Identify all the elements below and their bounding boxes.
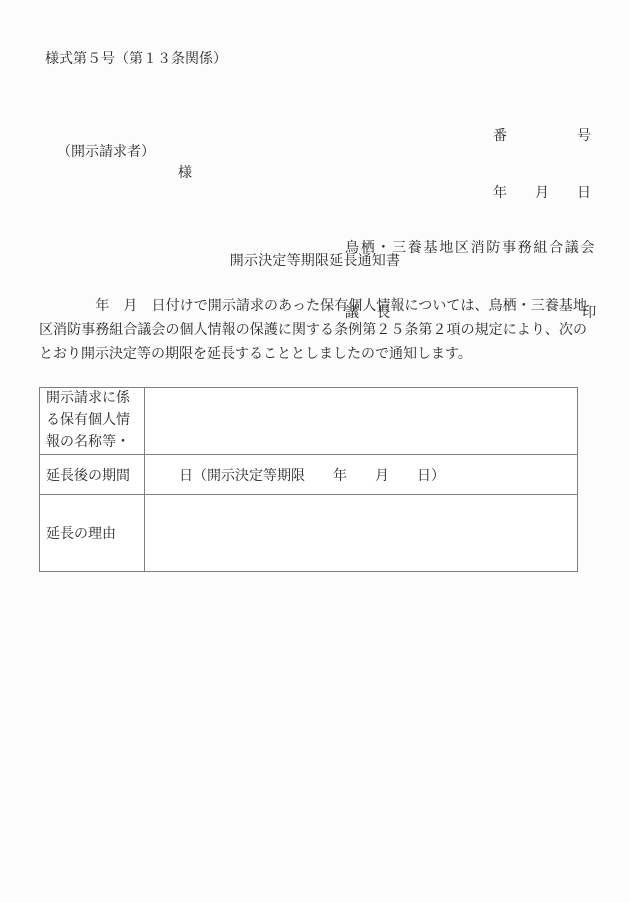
row-label-cell: 延長の理由 <box>40 495 145 572</box>
row-value-cell <box>145 495 578 572</box>
table-row: 延長の理由 <box>40 495 578 572</box>
row-value-cell: 日（開示決定等期限 年 月 日） <box>145 455 578 495</box>
document-title: 開示決定等期限延長通知書 <box>0 252 630 271</box>
row-value-cell <box>145 388 578 455</box>
requester-label: （開示請求者） <box>57 143 155 162</box>
reference-number-line: 番 号 <box>493 127 591 146</box>
table-row: 延長後の期間 日（開示決定等期限 年 月 日） <box>40 455 578 495</box>
row-label-cell: 延長後の期間 <box>40 455 145 495</box>
document-page: 様式第５号（第１３条関係） 番 号 年 月 日 （開示請求者） 様 鳥栖・三養基… <box>0 0 630 903</box>
table-row: 開示請求に係る保有個人情報の名称等・ <box>40 388 578 455</box>
form-number: 様式第５号（第１３条関係） <box>45 50 227 69</box>
row-label-cell: 開示請求に係る保有個人情報の名称等・ <box>40 388 145 455</box>
body-paragraph: 年 月 日付けで開示請求のあった保有個人情報については、鳥栖・三養基地区消防事務… <box>39 295 587 367</box>
requester-honorific: 様 <box>178 164 192 183</box>
notice-table: 開示請求に係る保有個人情報の名称等・ 延長後の期間 日（開示決定等期限 年 月 … <box>39 387 578 572</box>
